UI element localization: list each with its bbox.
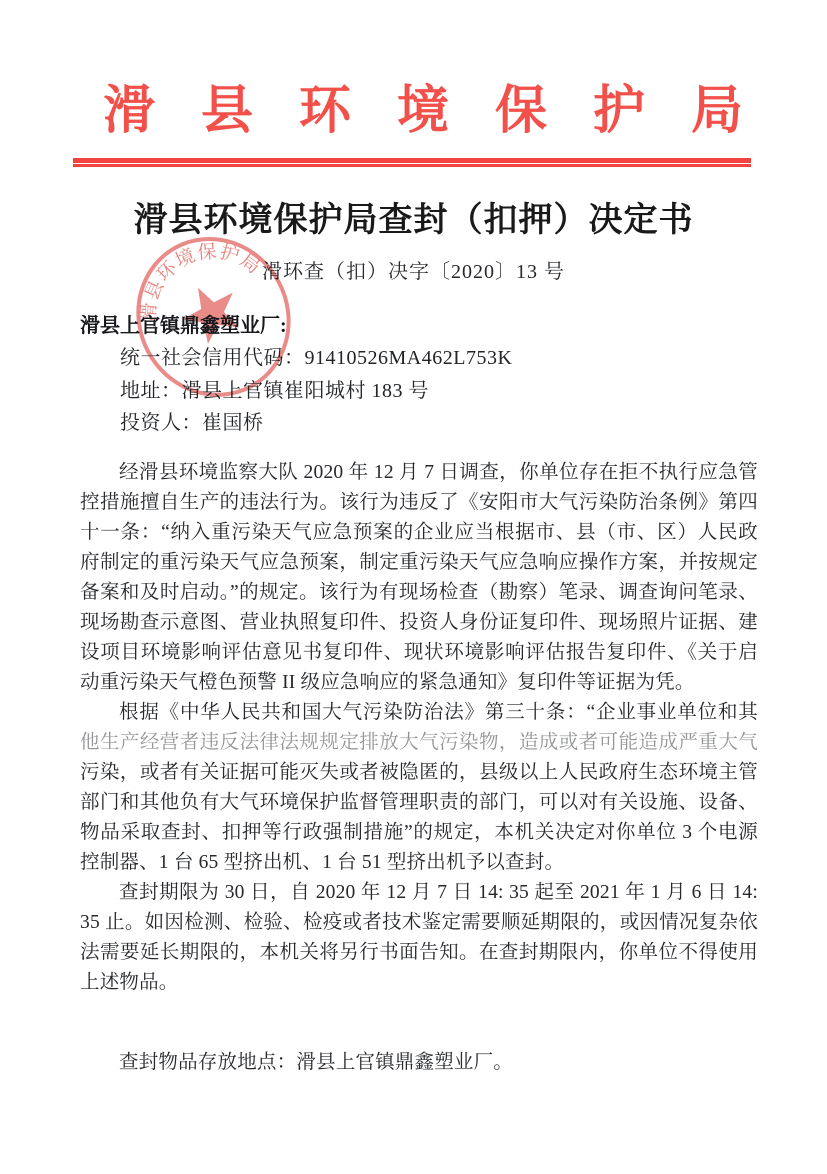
body-paragraph-violation-findings: 经滑县环境监察大队 2020 年 12 月 7 日调查，你单位存在拒不执行应急管…: [80, 458, 758, 698]
document-number: 滑环查（扣）决字〔2020〕13 号: [0, 255, 827, 284]
document-page: 滑县环境保护局 滑县环境保护局查封（扣押）决定书 滑环查（扣）决字〔2020〕1…: [0, 0, 827, 1174]
body-paragraph-storage-location: 查封物品存放地点：滑县上官镇鼎鑫塑业厂。: [80, 1048, 758, 1078]
recipient-block: 滑县上官镇鼎鑫塑业厂: 统一社会信用代码：91410526MA462L753K …: [80, 310, 760, 440]
recipient-investor: 投资人：崔国桥: [120, 407, 760, 440]
body-paragraph-legal-basis-decision: 根据《中华人民共和国大气污染防治法》第三十条：“企业事业单位和其他生产经营者违反…: [80, 698, 758, 878]
document-title: 滑县环境保护局查封（扣押）决定书: [0, 192, 827, 241]
recipient-address: 地址：滑县上官镇崔阳城村 183 号: [120, 375, 760, 408]
recipient-credit-code: 统一社会信用代码：91410526MA462L753K: [120, 342, 760, 375]
document-body: 经滑县环境监察大队 2020 年 12 月 7 日调查，你单位存在拒不执行应急管…: [80, 458, 758, 1078]
body-paragraph-seizure-period: 查封期限为 30 日，自 2020 年 12 月 7 日 14: 35 起至 2…: [80, 878, 758, 998]
letterhead-divider-rule: [73, 158, 751, 167]
recipient-name: 滑县上官镇鼎鑫塑业厂:: [80, 310, 760, 342]
letterhead-agency-title: 滑县环境保护局: [103, 86, 789, 138]
